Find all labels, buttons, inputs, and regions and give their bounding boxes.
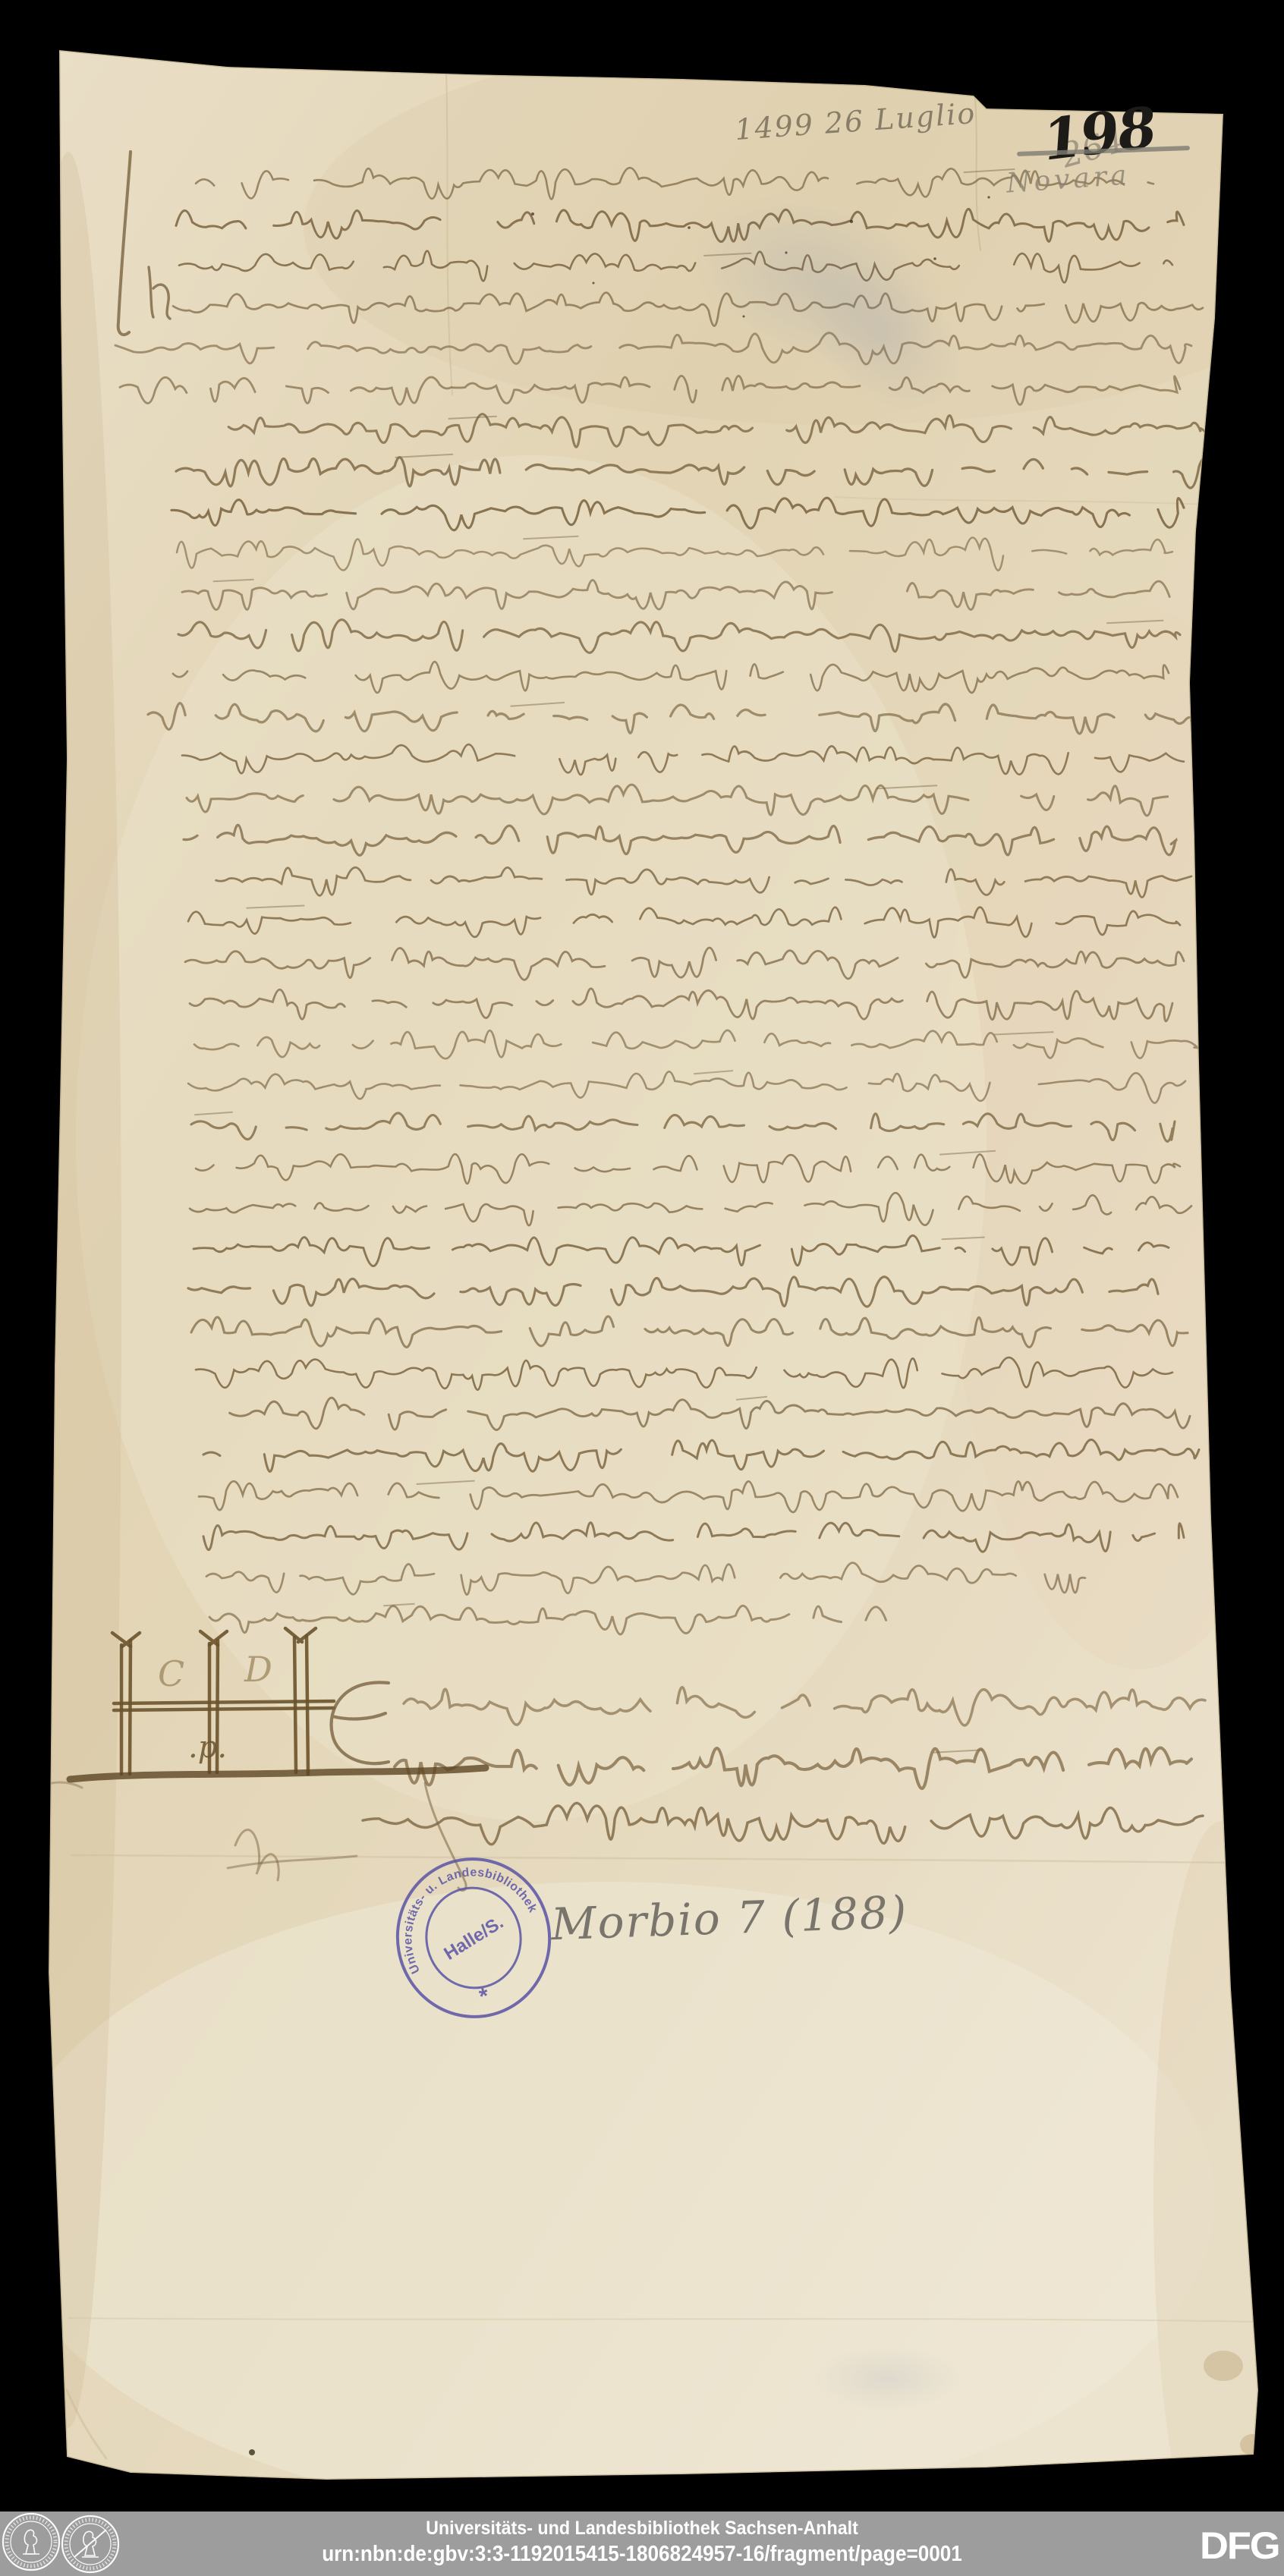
signum-letter-d: D	[244, 1649, 272, 1690]
dfg-logo: DFG	[1200, 2524, 1279, 2568]
footer-institution-title: Universitäts- und Landesbibliothek Sachs…	[45, 2518, 1239, 2540]
stamp-ring-text: Universitäts- u. Landesbibliothek	[390, 1855, 547, 1977]
parchment-scan: C D .p.	[0, 0, 1284, 2576]
scan-viewer-canvas: C D .p.	[0, 0, 1284, 2576]
signum-letter-c: C	[158, 1653, 184, 1694]
stamp-star: *	[477, 1983, 491, 2010]
footer-urn: urn:nbn:de:gbv:3:3-1192015415-1806824957…	[65, 2542, 1220, 2567]
signum-center-mark: .p.	[188, 1730, 227, 1765]
stamp-center-text: Halle/S.	[440, 1912, 507, 1964]
library-stamp: Universitäts- u. Landesbibliothek * Hall…	[375, 1839, 571, 2036]
